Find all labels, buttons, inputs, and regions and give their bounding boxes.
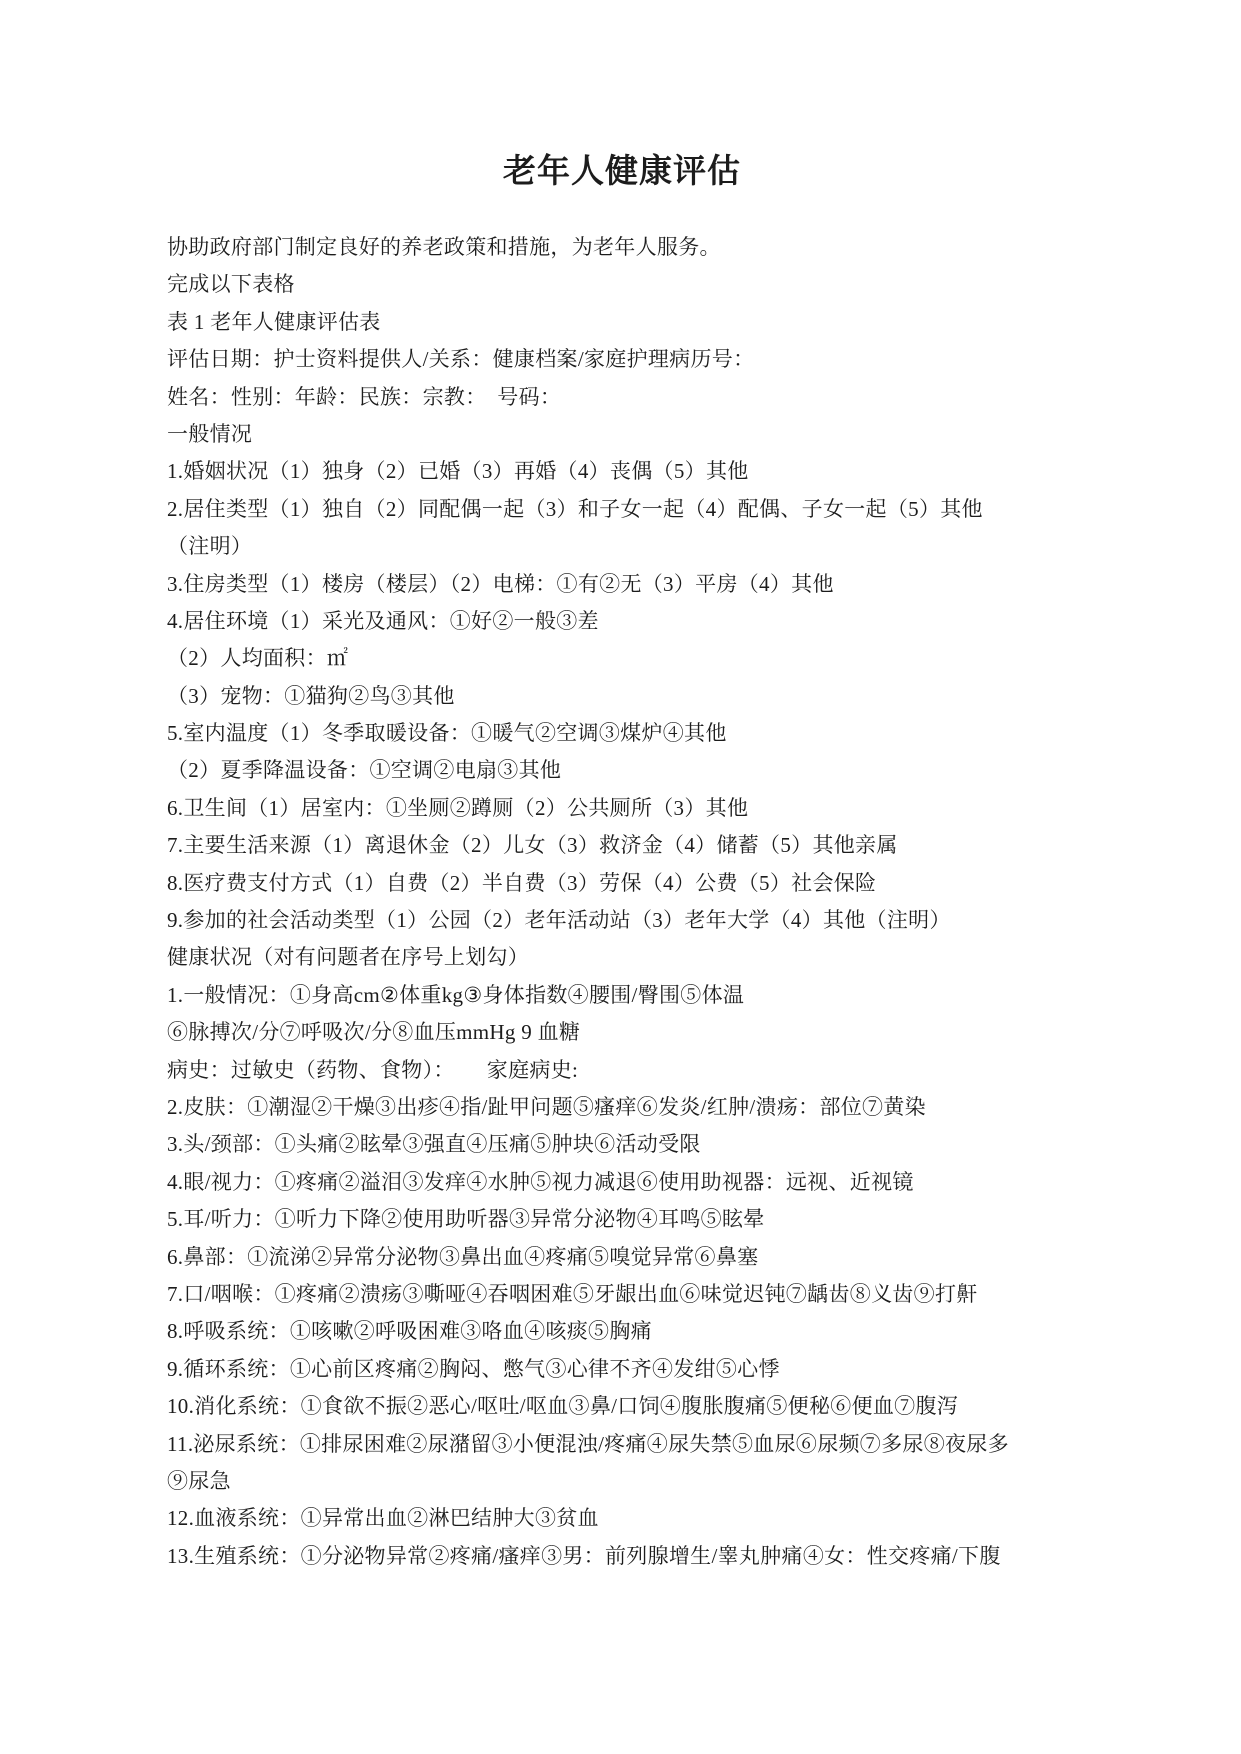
item-general-condition: 1.一般情况：①身高cm②体重kg③身体指数④腰围/臀围⑤体温 <box>167 977 1107 1014</box>
item-general-condition-2: ⑥脉搏次/分⑦呼吸次/分⑧血压mmHg 9 血糖 <box>167 1014 1107 1051</box>
item-digestive: 10.消化系统：①食欲不振②恶心/呕吐/呕血③鼻/口饲④腹胀腹痛⑤便秘⑥便血⑦腹… <box>167 1388 1107 1425</box>
item-medical-history: 病史：过敏史（药物、食物）： 家庭病史: <box>167 1052 1107 1089</box>
item-respiratory: 8.呼吸系统：①咳嗽②呼吸困难③咯血④咳痰⑤胸痛 <box>167 1313 1107 1350</box>
item-social-activities: 9.参加的社会活动类型（1）公园（2）老年活动站（3）老年大学（4）其他（注明） <box>167 902 1107 939</box>
item-housing-type: 3.住房类型（1）楼房（楼层）（2）电梯：①有②无（3）平房（4）其他 <box>167 566 1107 603</box>
health-status-heading: 健康状况（对有问题者在序号上划勾） <box>167 939 1107 976</box>
complete-form-note: 完成以下表格 <box>167 266 1107 303</box>
item-winter-heating: 5.室内温度（1）冬季取暖设备：①暖气②空调③煤炉④其他 <box>167 715 1107 752</box>
item-marital-status: 1.婚姻状况（1）独身（2）已婚（3）再婚（4）丧偶（5）其他 <box>167 453 1107 490</box>
item-urinary-2: ⑨尿急 <box>167 1463 1107 1500</box>
item-per-capita-area: （2）人均面积：㎡ <box>167 640 1107 677</box>
item-pets: （3）宠物：①猫狗②鸟③其他 <box>167 678 1107 715</box>
item-nose: 6.鼻部：①流涕②异常分泌物③鼻出血④疼痛⑤嗅觉异常⑥鼻塞 <box>167 1239 1107 1276</box>
item-head-neck: 3.头/颈部：①头痛②眩晕③强直④压痛⑤肿块⑥活动受限 <box>167 1126 1107 1163</box>
item-urinary: 11.泌尿系统：①排尿困难②尿潴留③小便混浊/疼痛④尿失禁⑤血尿⑥尿频⑦多尿⑧夜… <box>167 1426 1107 1463</box>
item-medical-payment: 8.医疗费支付方式（1）自费（2）半自费（3）劳保（4）公费（5）社会保险 <box>167 865 1107 902</box>
general-info-heading: 一般情况 <box>167 416 1107 453</box>
item-circulatory: 9.循环系统：①心前区疼痛②胸闷、憋气③心律不齐④发绀⑤心悸 <box>167 1351 1107 1388</box>
item-mouth-throat: 7.口/咽喉：①疼痛②溃疡③嘶哑④吞咽困难⑤牙龈出血⑥味觉迟钝⑦龋齿⑧义齿⑨打鼾 <box>167 1276 1107 1313</box>
item-living-type-note: （注明） <box>167 528 1107 565</box>
document-body: 协助政府部门制定良好的养老政策和措施，为老年人服务。 完成以下表格 表 1 老年… <box>167 229 1107 1575</box>
document-page: 老年人健康评估 协助政府部门制定良好的养老政策和措施，为老年人服务。 完成以下表… <box>0 0 1241 1754</box>
item-eyes-vision: 4.眼/视力：①疼痛②溢泪③发痒④水肿⑤视力减退⑥使用助视器：远视、近视镜 <box>167 1164 1107 1201</box>
personal-info-line: 姓名：性别：年龄：民族：宗教： 号码： <box>167 379 1107 416</box>
assessment-header-line: 评估日期：护士资料提供人/关系：健康档案/家庭护理病历号： <box>167 341 1107 378</box>
document-title: 老年人健康评估 <box>166 150 1078 194</box>
item-skin: 2.皮肤：①潮湿②干燥③出疹④指/趾甲问题⑤瘙痒⑥发炎/红肿/溃疡：部位⑦黄染 <box>167 1089 1107 1126</box>
item-reproductive: 13.生殖系统：①分泌物异常②疼痛/瘙痒③男：前列腺增生/睾丸肿痛④女：性交疼痛… <box>167 1538 1107 1575</box>
table1-caption: 表 1 老年人健康评估表 <box>167 304 1107 341</box>
intro-sentence: 协助政府部门制定良好的养老政策和措施，为老年人服务。 <box>167 229 1107 266</box>
item-toilet: 6.卫生间（1）居室内：①坐厕②蹲厕（2）公共厕所（3）其他 <box>167 790 1107 827</box>
item-ears-hearing: 5.耳/听力：①听力下降②使用助听器③异常分泌物④耳鸣⑤眩晕 <box>167 1201 1107 1238</box>
item-income-source: 7.主要生活来源（1）离退休金（2）儿女（3）救济金（4）储蓄（5）其他亲属 <box>167 827 1107 864</box>
item-blood: 12.血液系统：①异常出血②淋巴结肿大③贫血 <box>167 1500 1107 1537</box>
item-living-type: 2.居住类型（1）独自（2）同配偶一起（3）和子女一起（4）配偶、子女一起（5）… <box>167 491 1107 528</box>
item-summer-cooling: （2）夏季降温设备：①空调②电扇③其他 <box>167 752 1107 789</box>
item-living-environment: 4.居住环境（1）采光及通风：①好②一般③差 <box>167 603 1107 640</box>
